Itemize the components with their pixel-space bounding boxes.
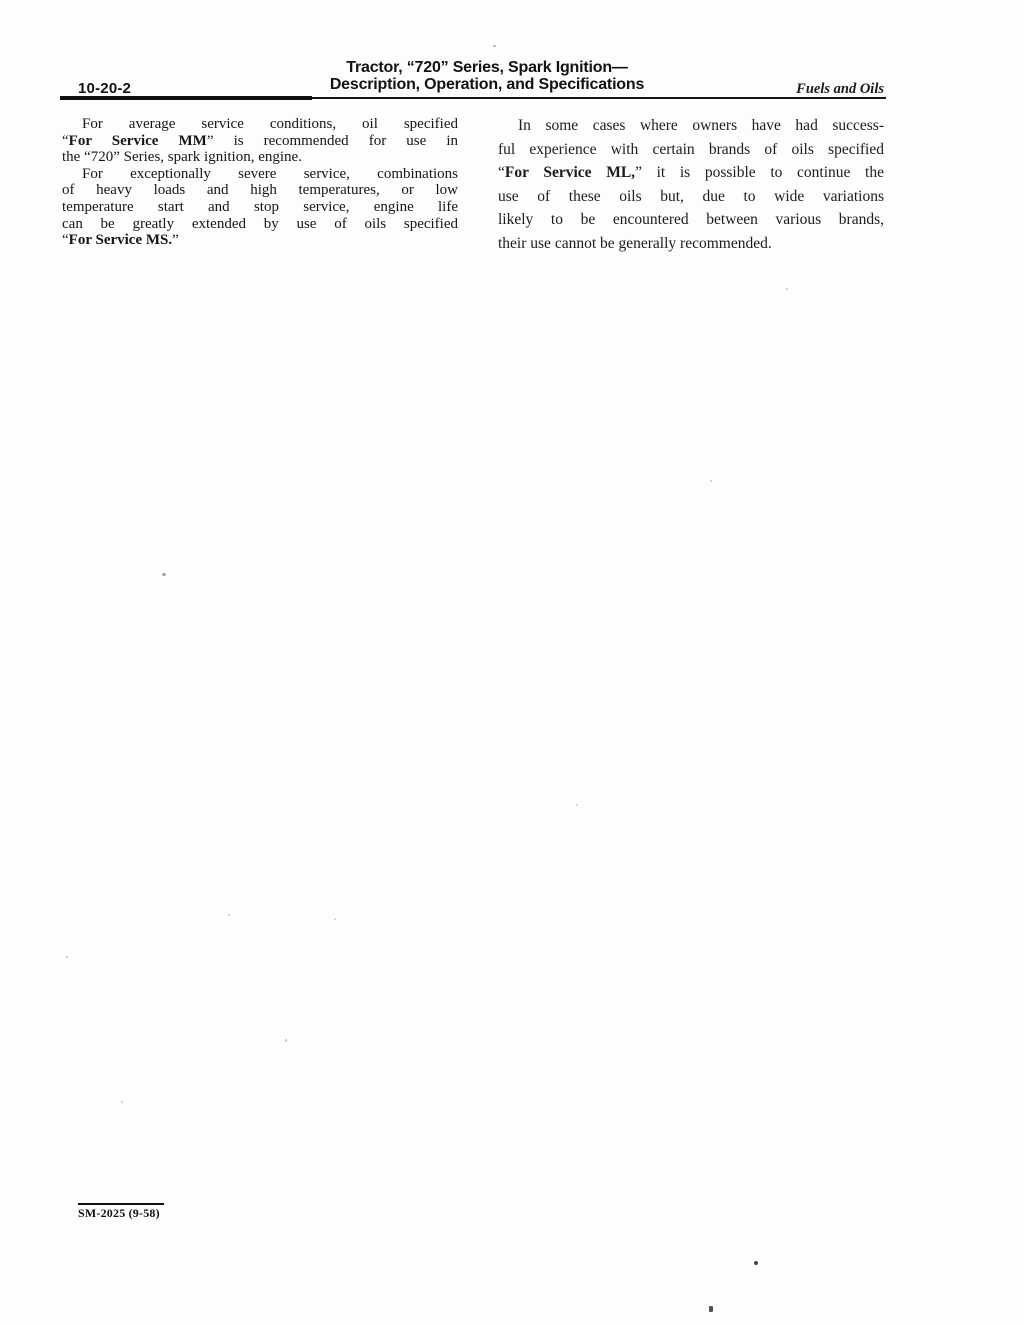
manual-page: 10-20-2 Tractor, “720” Series, Spark Ign… <box>0 0 1024 1325</box>
service-ml-label: For Service ML, <box>505 164 635 181</box>
scan-speck <box>162 573 166 576</box>
scan-speck <box>334 918 336 920</box>
left-column: For average service conditions, oil spec… <box>62 116 458 249</box>
text-segment: “ <box>498 164 505 181</box>
scan-speck <box>121 1101 123 1103</box>
scan-speck <box>710 480 712 482</box>
text-line: can be greatly extended by use of oils s… <box>62 216 458 233</box>
service-mm-label: For Service MM <box>69 133 207 149</box>
text-line: For exceptionally severe service, combin… <box>62 166 458 183</box>
text-line: ful experience with certain brands of oi… <box>498 138 884 162</box>
page-number: 10-20-2 <box>78 80 131 97</box>
text-line: “For Service ML,” it is possible to cont… <box>498 161 884 185</box>
text-line: temperature start and stop service, engi… <box>62 199 458 216</box>
page-title-line2: Description, Operation, and Specificatio… <box>207 76 767 93</box>
text-line: use of these oils but, due to wide varia… <box>498 185 884 209</box>
header-rule-left-segment <box>60 96 312 100</box>
text-segment: ” is recommended for use in <box>207 133 458 149</box>
section-title: Fuels and Oils <box>796 81 884 98</box>
text-line: For average service conditions, oil spec… <box>62 116 458 133</box>
text-line: “For Service MS.” <box>62 232 458 249</box>
text-line: In some cases where owners have had succ… <box>498 114 884 138</box>
scan-speck <box>786 288 788 290</box>
text-line: the “720” Series, spark ignition, engine… <box>62 149 458 166</box>
text-line: of heavy loads and high temperatures, or… <box>62 182 458 199</box>
text-segment: ” it is possible to continue the <box>635 164 884 181</box>
text-segment: ” <box>172 232 179 248</box>
text-segment: “ <box>62 133 69 149</box>
scan-speck <box>285 1039 287 1042</box>
text-line: likely to be encountered between various… <box>498 208 884 232</box>
right-column: In some cases where owners have had succ… <box>498 114 884 256</box>
scan-speck <box>493 45 496 47</box>
scan-speck <box>709 1306 713 1312</box>
scan-speck <box>66 956 68 958</box>
text-segment: “ <box>62 232 69 248</box>
text-line: their use cannot be generally recommende… <box>498 232 884 256</box>
text-line: “For Service MM” is recommended for use … <box>62 133 458 150</box>
page-title-line1: Tractor, “720” Series, Spark Ignition— <box>207 59 767 76</box>
scan-speck <box>754 1261 758 1265</box>
scan-speck <box>228 914 230 916</box>
scan-speck <box>576 804 578 806</box>
page-title: Tractor, “720” Series, Spark Ignition— D… <box>207 59 767 93</box>
service-ms-label: For Service MS. <box>69 232 172 248</box>
form-number: SM-2025 (9-58) <box>78 1203 164 1221</box>
